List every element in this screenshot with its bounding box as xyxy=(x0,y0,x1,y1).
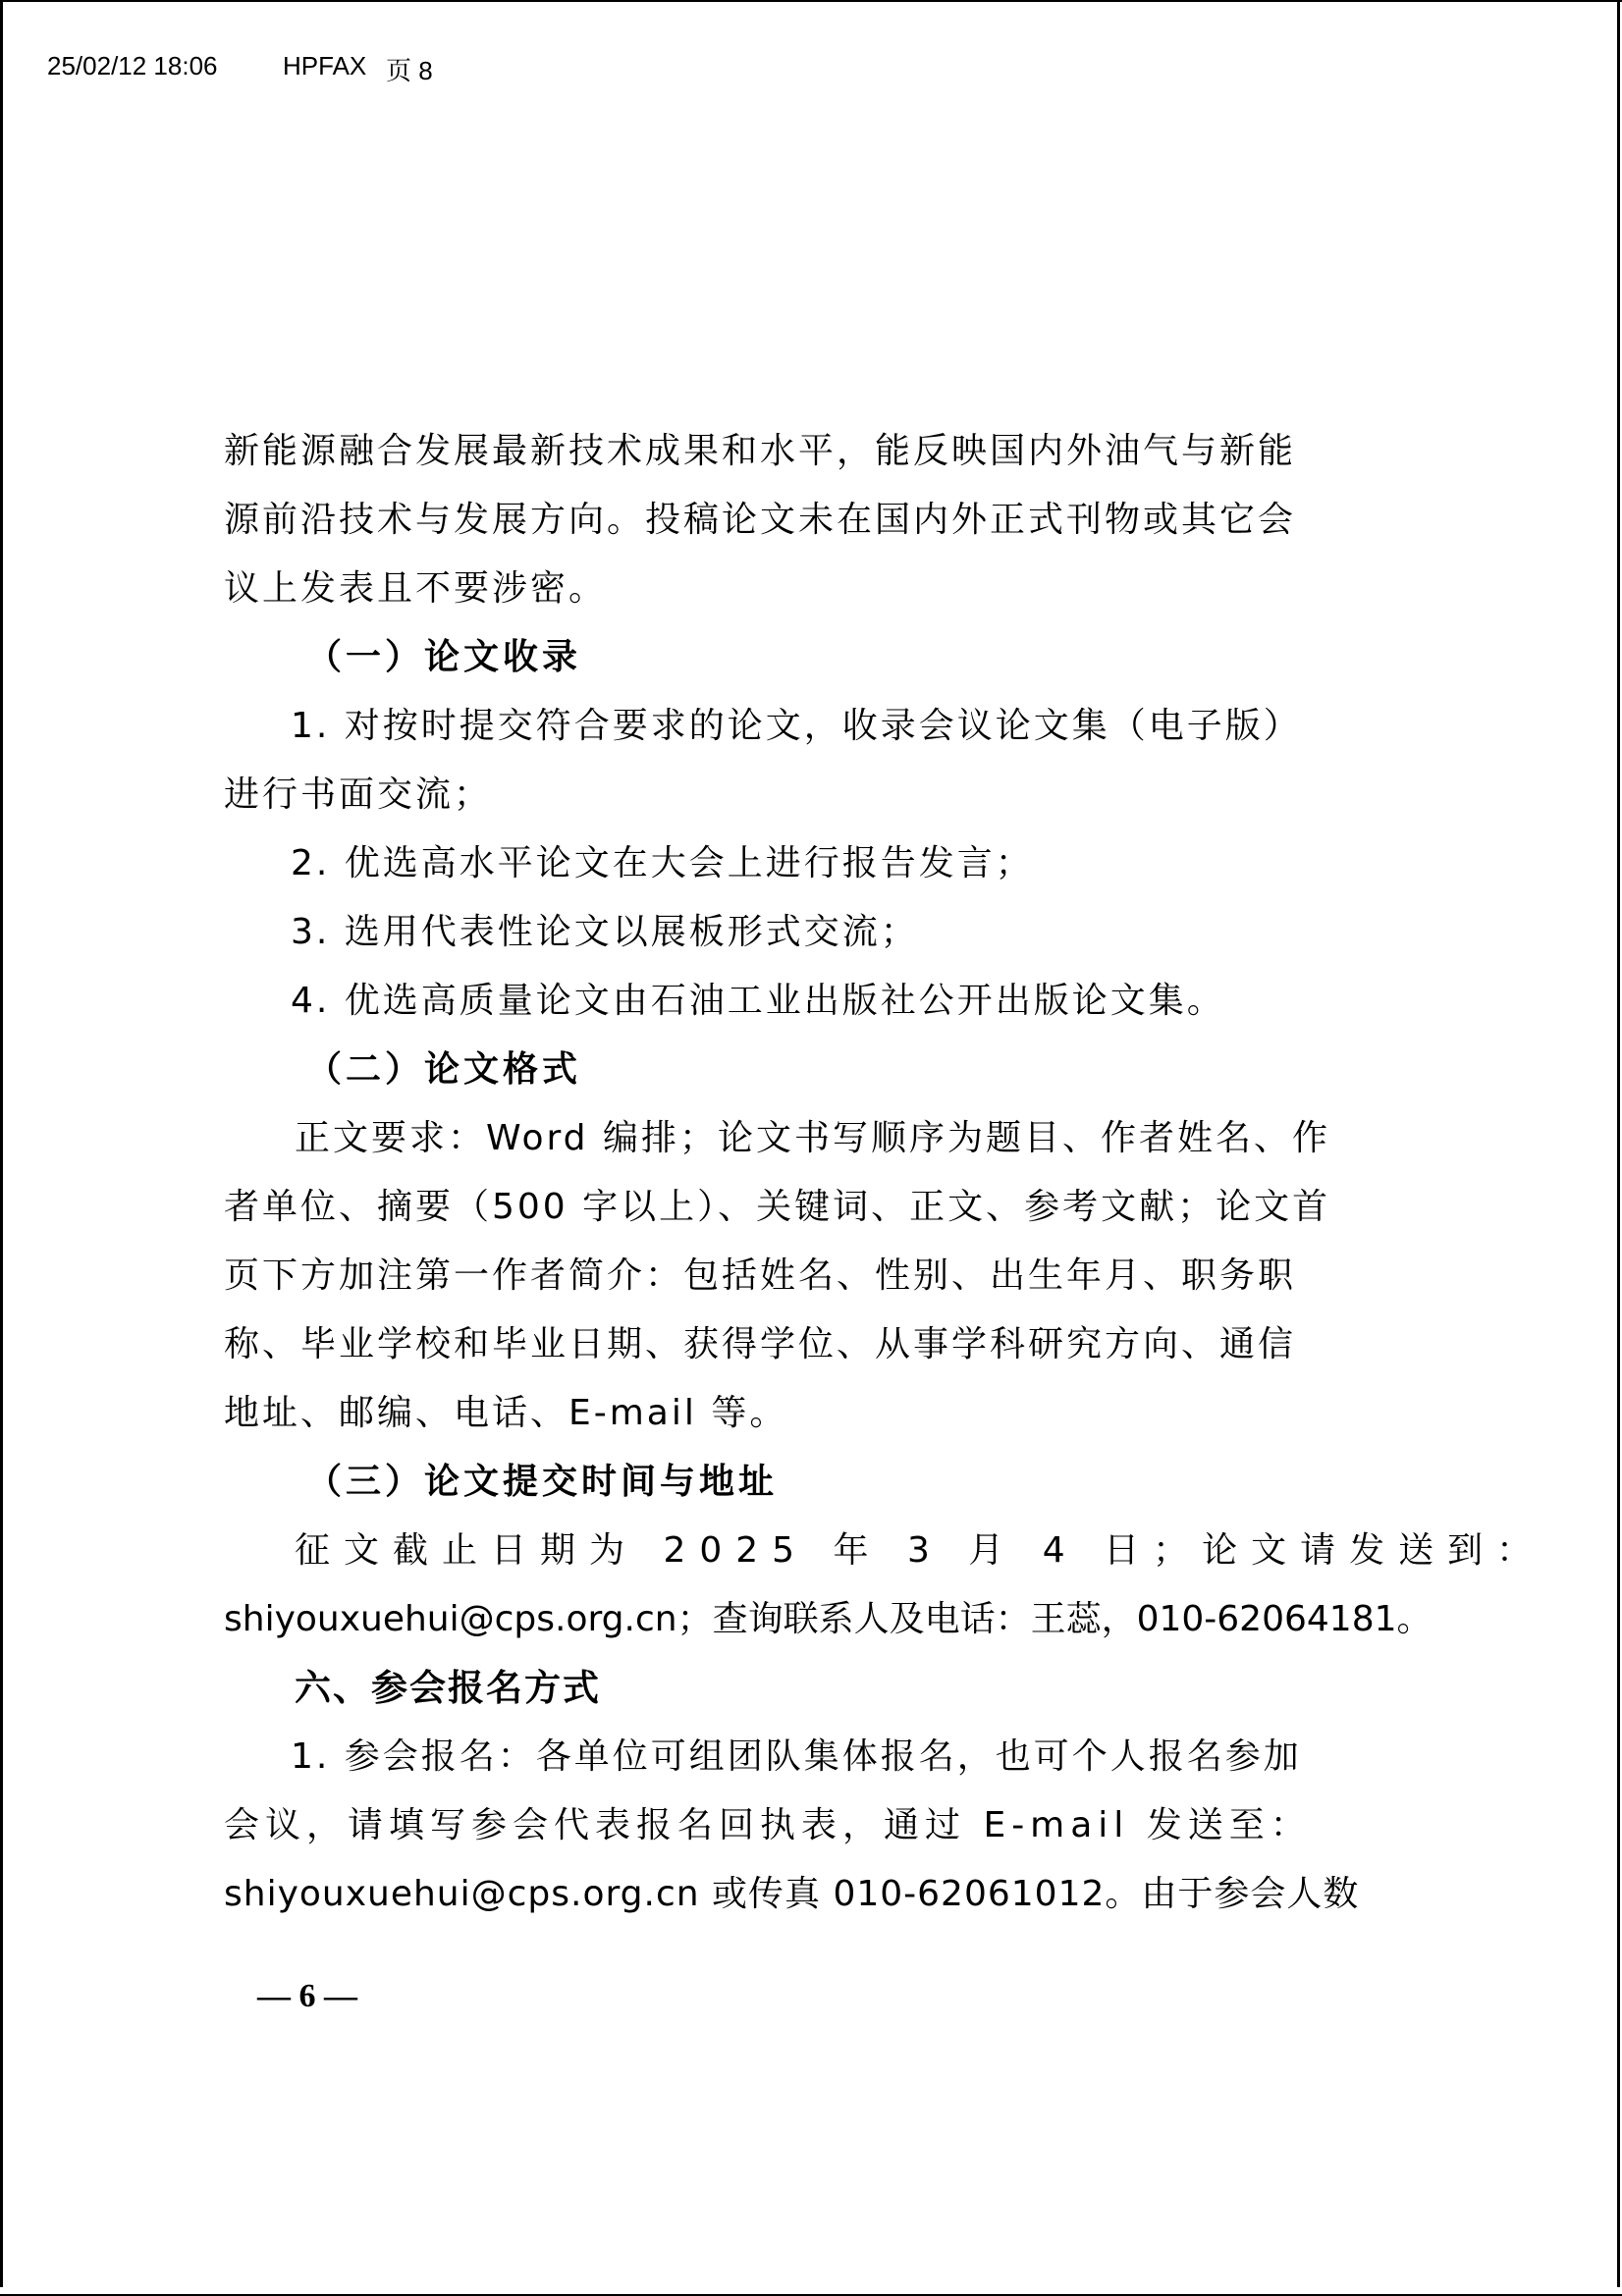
fax-sender: HPFAX xyxy=(283,51,386,87)
paragraph-line: 新能源融合发展最新技术成果和水平，能反映国内外油气与新能 xyxy=(224,417,1265,486)
paragraph-line: 源前沿技术与发展方向。投稿论文未在国内外正式刊物或其它会 xyxy=(224,486,1265,555)
paragraph-line: 地址、邮编、电话、E-mail 等。 xyxy=(224,1379,1265,1448)
list-item: 3. 选用代表性论文以展板形式交流； xyxy=(224,898,1265,967)
page-number: — 6 — xyxy=(257,1978,357,2015)
paragraph-line: 页下方加注第一作者简介：包括姓名、性别、出生年月、职务职 xyxy=(224,1242,1265,1310)
list-item: 2. 优选高水平论文在大会上进行报告发言； xyxy=(224,829,1265,898)
scan-border-left xyxy=(0,0,3,2287)
paragraph-line: 1. 参会报名：各单位可组团队集体报名，也可个人报名参加 xyxy=(224,1723,1265,1791)
paragraph-line: 称、毕业学校和毕业日期、获得学位、从事学科研究方向、通信 xyxy=(224,1310,1265,1379)
paragraph-line-email: shiyouxuehui@cps.org.cn 或传真 010-62061012… xyxy=(224,1860,1265,1929)
list-item: 4. 优选高质量论文由石油工业出版社公开出版论文集。 xyxy=(224,967,1265,1036)
document-body: 新能源融合发展最新技术成果和水平，能反映国内外油气与新能 源前沿技术与发展方向。… xyxy=(224,417,1265,1929)
paragraph-line: 正文要求：Word 编排；论文书写顺序为题目、作者姓名、作 xyxy=(224,1104,1265,1173)
fax-header: 25/02/12 18:06 HPFAX 页 8 xyxy=(47,51,433,87)
paragraph-line: 征文截止日期为 2025 年 3 月 4 日；论文请发送到： xyxy=(224,1517,1265,1585)
subsection-heading-paper-inclusion: （一）论文收录 xyxy=(224,623,1265,692)
fax-page-label: 页 8 xyxy=(386,51,433,87)
paragraph-line: 议上发表且不要涉密。 xyxy=(224,555,1265,623)
subsection-heading-paper-format: （二）论文格式 xyxy=(224,1036,1265,1104)
list-item: 1. 对按时提交符合要求的论文，收录会议论文集（电子版） xyxy=(224,692,1265,761)
scan-border-top xyxy=(0,0,1622,2)
list-item-continuation: 进行书面交流； xyxy=(224,761,1265,829)
fax-timestamp: 25/02/12 18:06 xyxy=(47,51,283,87)
scan-border-right xyxy=(1617,0,1620,2287)
subsection-heading-submission: （三）论文提交时间与地址 xyxy=(224,1448,1265,1517)
paragraph-line: 会议，请填写参会代表报名回执表，通过 E-mail 发送至： xyxy=(224,1791,1265,1860)
section-heading-registration: 六、参会报名方式 xyxy=(224,1654,1265,1723)
paragraph-line-email: shiyouxuehui@cps.org.cn；查询联系人及电话：王蕊，010-… xyxy=(224,1585,1265,1654)
paragraph-line: 者单位、摘要（500 字以上）、关键词、正文、参考文献；论文首 xyxy=(224,1173,1265,1242)
